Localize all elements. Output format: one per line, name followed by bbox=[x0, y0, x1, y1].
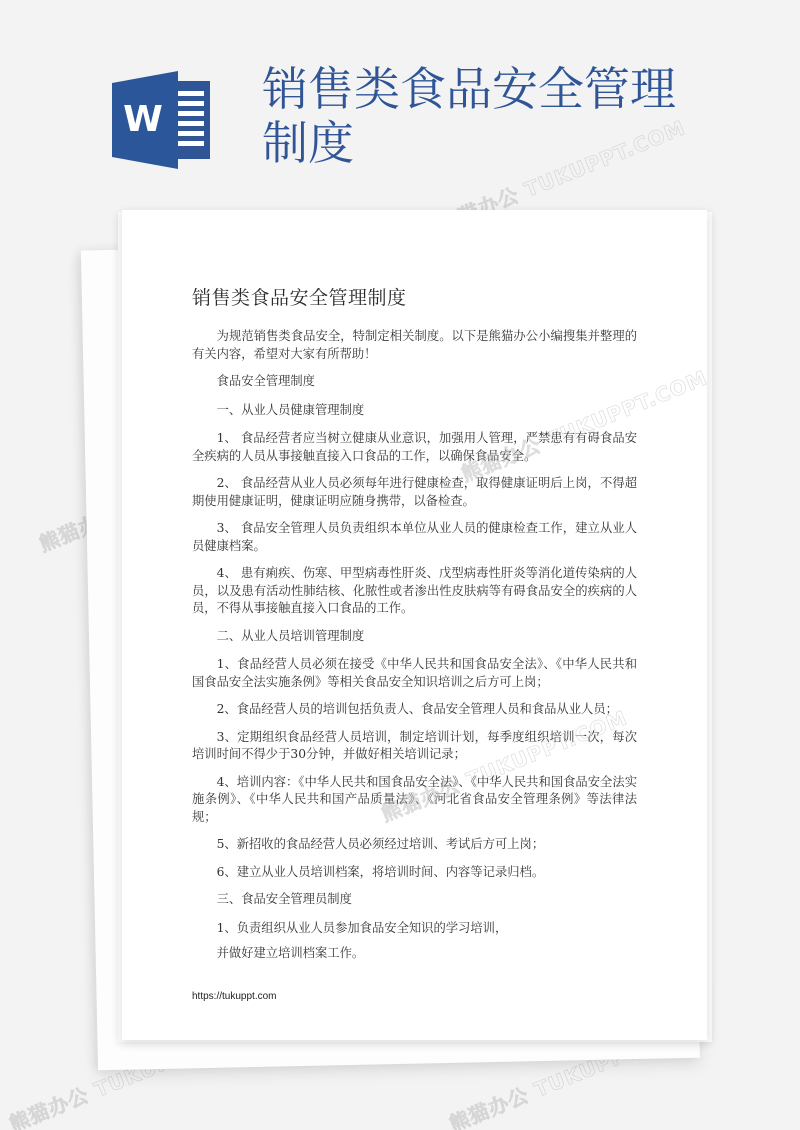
list-item: 2、 食品经营从业人员必须每年进行健康检查，取得健康证明后上岗，不得超期使用健康… bbox=[192, 475, 637, 510]
list-item: 5、新招收的食品经营人员必须经过培训、考试后方可上岗； bbox=[192, 836, 637, 854]
list-item: 6、建立从业人员培训档案，将培训时间、内容等记录归档。 bbox=[192, 864, 637, 882]
document-heading: 销售类食品安全管理制度 bbox=[192, 283, 407, 310]
list-item: 3、 食品安全管理人员负责组织本单位从业人员的健康检查工作，建立从业人员健康档案… bbox=[192, 520, 637, 555]
section-heading: 一、从业人员健康管理制度 bbox=[192, 402, 637, 420]
svg-text:W: W bbox=[123, 99, 163, 140]
page-title: 销售类食品安全管理制度 bbox=[262, 62, 702, 170]
document-body: 为规范销售类食品安全，特制定相关制度。以下是熊猫办公小编搜集并整理的有关内容，希… bbox=[192, 328, 637, 973]
intro-paragraph: 为规范销售类食品安全，特制定相关制度。以下是熊猫办公小编搜集并整理的有关内容，希… bbox=[192, 328, 637, 363]
list-item: 1、 食品经营者应当树立健康从业意识，加强用人管理，严禁患有有碍食品安全疾病的人… bbox=[192, 430, 637, 465]
section-heading: 食品安全管理制度 bbox=[192, 373, 637, 391]
list-item: 并做好建立培训档案工作。 bbox=[192, 945, 637, 963]
document-page: 销售类食品安全管理制度 为规范销售类食品安全，特制定相关制度。以下是熊猫办公小编… bbox=[122, 210, 707, 1040]
list-item: 4、培训内容：《中华人民共和国食品安全法》、《中华人民共和国食品安全法实施条例》… bbox=[192, 774, 637, 827]
list-item: 4、 患有痢疾、伤寒、甲型病毒性肝炎、戊型病毒性肝炎等消化道传染病的人员，以及患… bbox=[192, 565, 637, 618]
list-item: 1、负责组织从业人员参加食品安全知识的学习培训， bbox=[192, 920, 637, 938]
list-item: 3、定期组织食品经营人员培训，制定培训计划，每季度组织培训一次，每次培训时间不得… bbox=[192, 729, 637, 764]
section-heading: 三、食品安全管理员制度 bbox=[192, 891, 637, 909]
list-item: 2、食品经营人员的培训包括负责人、食品安全管理人员和食品从业人员； bbox=[192, 701, 637, 719]
word-document-icon: W bbox=[110, 71, 212, 169]
footer-url: https://tukuppt.com bbox=[192, 991, 277, 1002]
section-heading: 二、从业人员培训管理制度 bbox=[192, 628, 637, 646]
list-item: 1、食品经营人员必须在接受《中华人民共和国食品安全法》、《中华人民共和国食品安全… bbox=[192, 656, 637, 691]
